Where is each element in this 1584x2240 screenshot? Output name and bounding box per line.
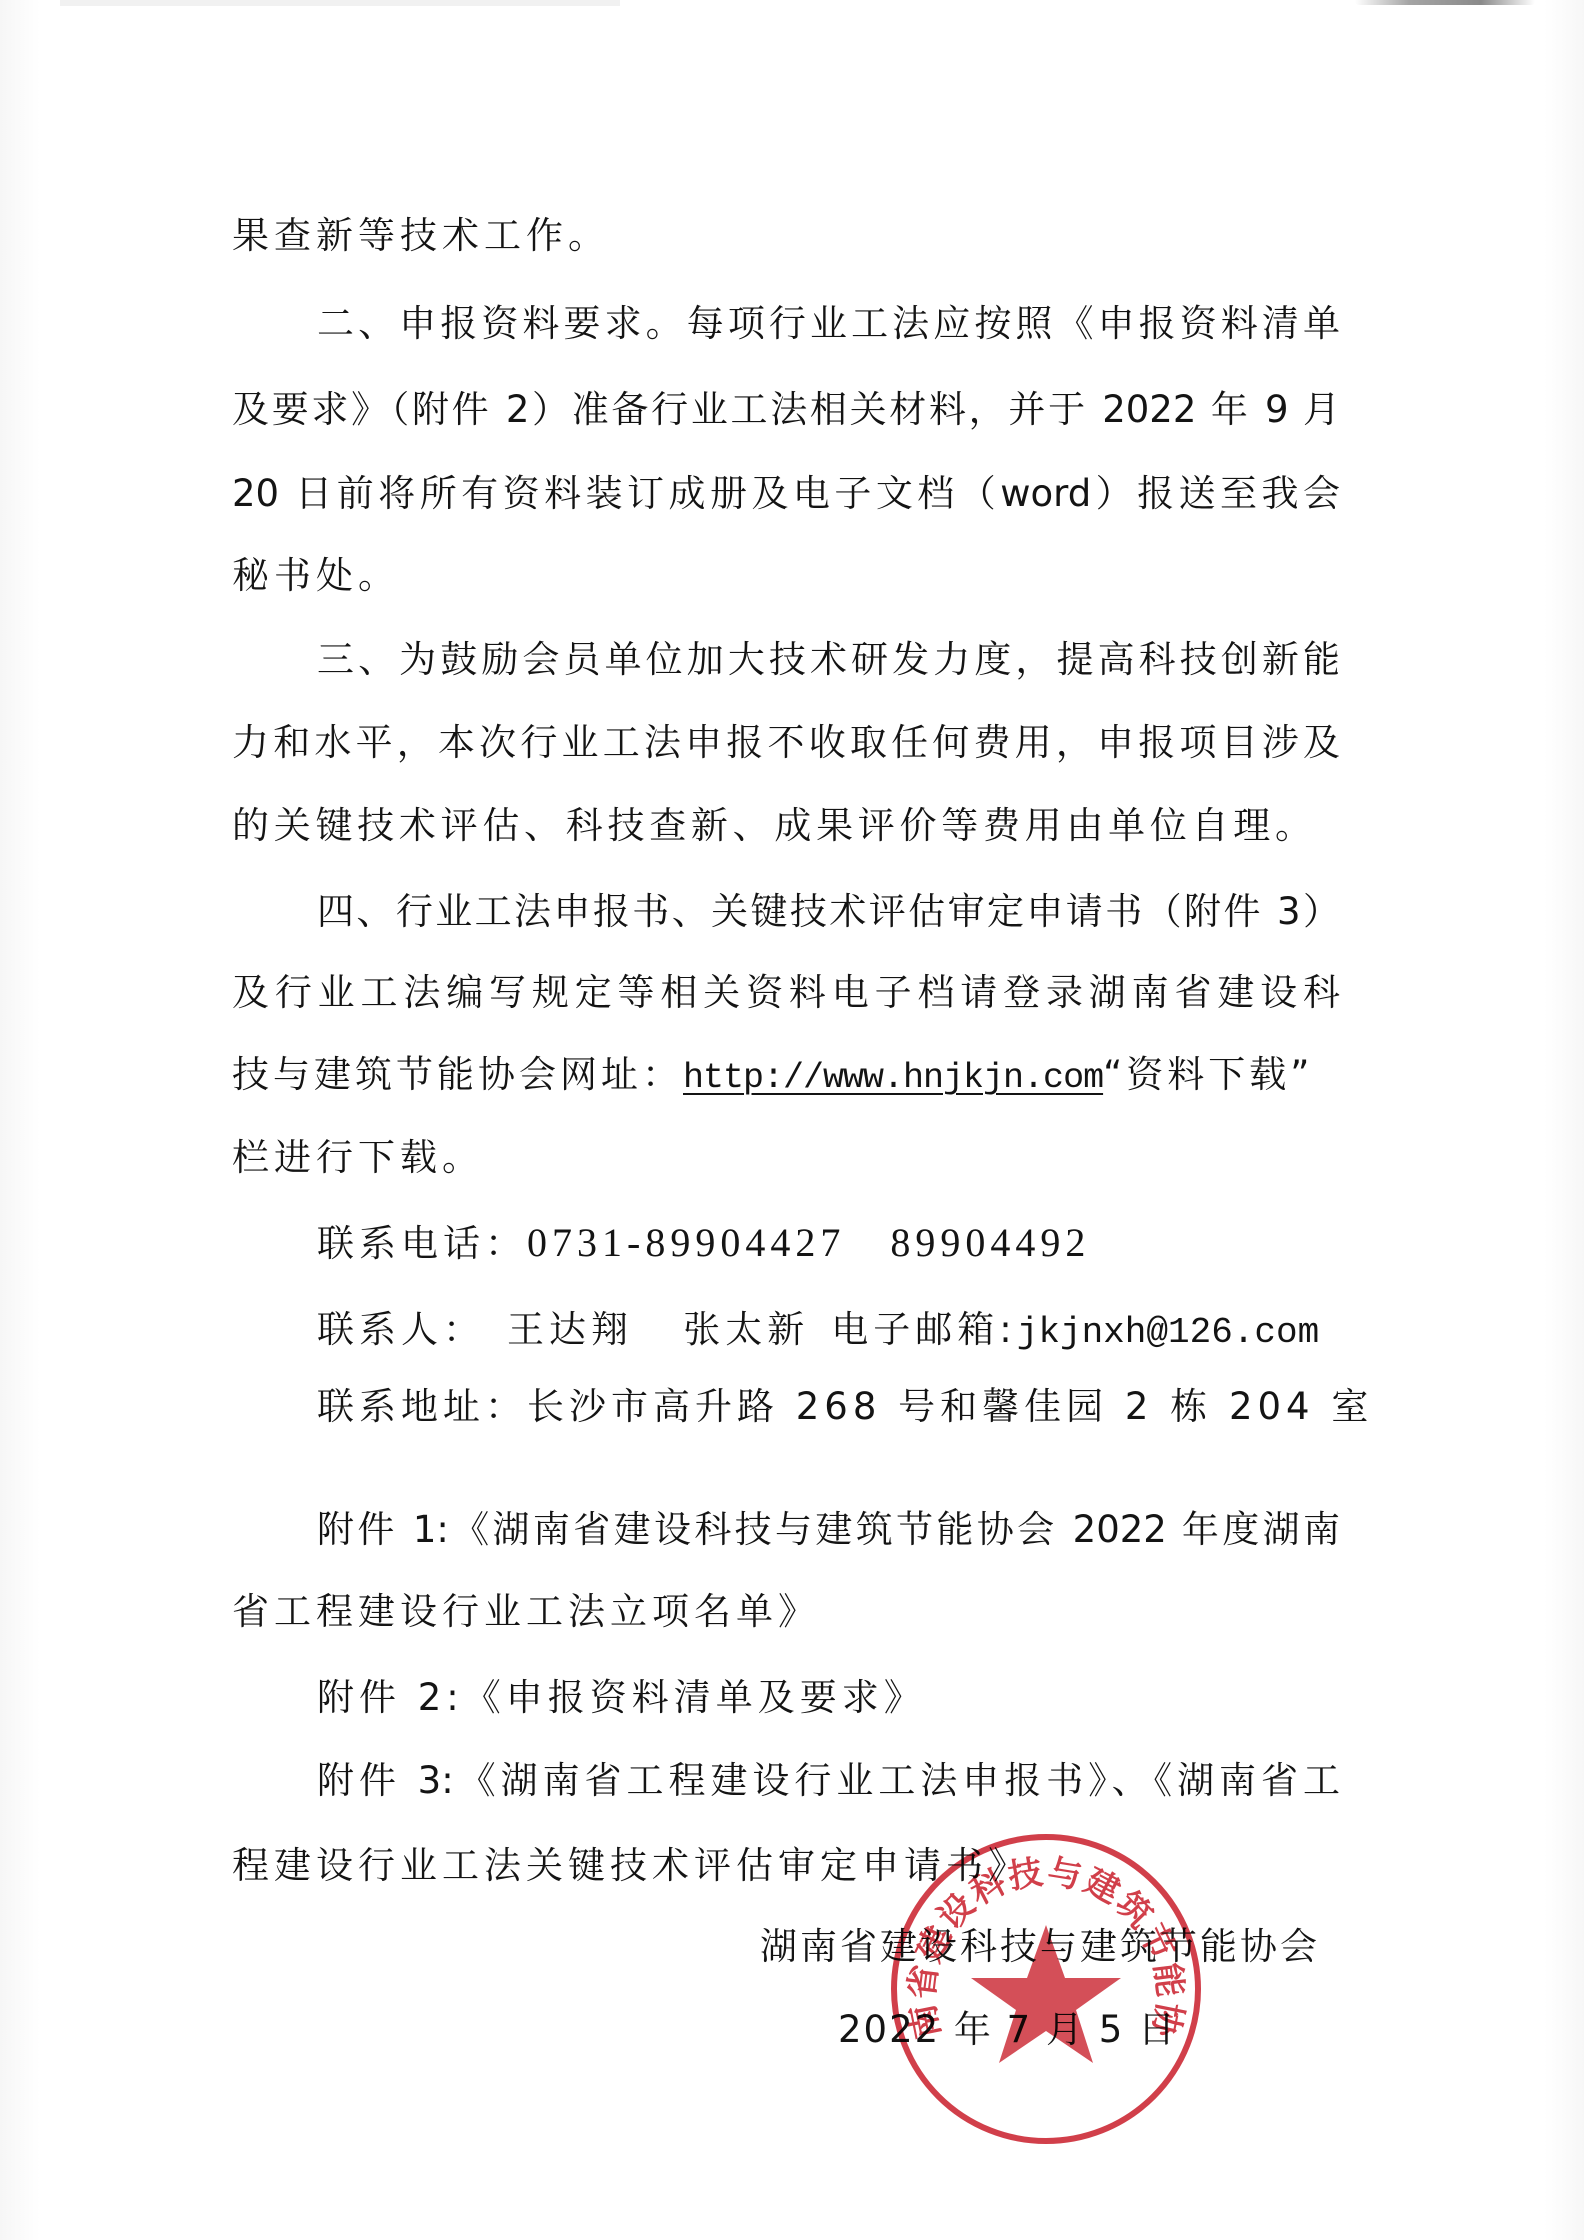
attachment-2: 附件 2:《申报资料清单及要求》 — [317, 1675, 1340, 1721]
section-4-line-1: 四、行业工法申报书、关键技术评估审定申请书（附件 3） — [317, 889, 1340, 935]
email-value[interactable]: jkjnxh@126.com — [1017, 1312, 1319, 1353]
website-label: 技与建筑节能协会网址： — [232, 1053, 683, 1096]
star-icon — [971, 1925, 1121, 2063]
attachment-1-line-1: 附件 1:《湖南省建设科技与建筑节能协会 2022 年度湖南 — [317, 1507, 1340, 1553]
document-page: 果查新等技术工作。 二、申报资料要求。每项行业工法应按照《申报资料清单 及要求》… — [0, 0, 1584, 2240]
section-2-line-2: 及要求》（附件 2）准备行业工法相关材料，并于 2022 年 9 月 — [232, 387, 1340, 433]
attachment-3-line-1: 附件 3:《湖南省工程建设行业工法申报书》、《湖南省工 — [317, 1758, 1340, 1804]
section-2-line-3: 20 日前将所有资料装订成册及电子文档（word）报送至我会 — [232, 471, 1340, 517]
download-column-label: “资料下载” — [1103, 1053, 1313, 1096]
email-label: 电子邮箱: — [831, 1308, 1016, 1351]
address-label: 联系地址： — [317, 1385, 527, 1428]
section-2-line-1: 二、申报资料要求。每项行业工法应按照《申报资料清单 — [317, 301, 1340, 347]
contact-address: 联系地址：长沙市高升路 268 号和馨佳园 2 栋 204 室 — [317, 1384, 1340, 1430]
section-3-line-3: 的关键技术评估、科技查新、成果评价等费用由单位自理。 — [232, 803, 1312, 849]
phone-value: 0731-89904427 89904492 — [527, 1220, 1090, 1265]
address-value: 长沙市高升路 268 号和馨佳园 2 栋 204 室 — [527, 1385, 1373, 1428]
phone-label: 联系电话： — [317, 1222, 527, 1265]
section-4-line-2: 及行业工法编写规定等相关资料电子档请登录湖南省建设科 — [232, 970, 1340, 1016]
website-link[interactable]: http://www.hnjkjn.com — [683, 1058, 1103, 1098]
scan-edge-artifact — [60, 0, 620, 6]
official-seal-stamp: 湖南省建设科技与建筑节能协会 — [887, 1830, 1205, 2148]
section-2-line-4: 秘书处。 — [232, 553, 1340, 599]
person-label: 联系人： — [317, 1308, 485, 1351]
section-4-line-3: 技与建筑节能协会网址：http://www.hnjkjn.com“资料下载” — [232, 1052, 1340, 1098]
section-3-line-1: 三、为鼓励会员单位加大技术研发力度，提高科技创新能 — [317, 637, 1340, 683]
section-3-line-2: 力和水平，本次行业工法申报不收取任何费用，申报项目涉及 — [232, 720, 1340, 766]
contact-person: 联系人：王达翔 张太新电子邮箱:jkjnxh@126.com — [317, 1307, 1340, 1353]
paragraph-continuation: 果查新等技术工作。 — [232, 213, 1340, 259]
attachment-1-line-2: 省工程建设行业工法立项名单》 — [232, 1589, 1340, 1635]
contact-phone: 联系电话：0731-89904427 89904492 — [317, 1220, 1340, 1266]
person-names: 王达翔 张太新 — [507, 1308, 809, 1351]
section-4-line-4: 栏进行下载。 — [232, 1135, 1340, 1181]
scan-edge-smudge — [1355, 0, 1535, 5]
